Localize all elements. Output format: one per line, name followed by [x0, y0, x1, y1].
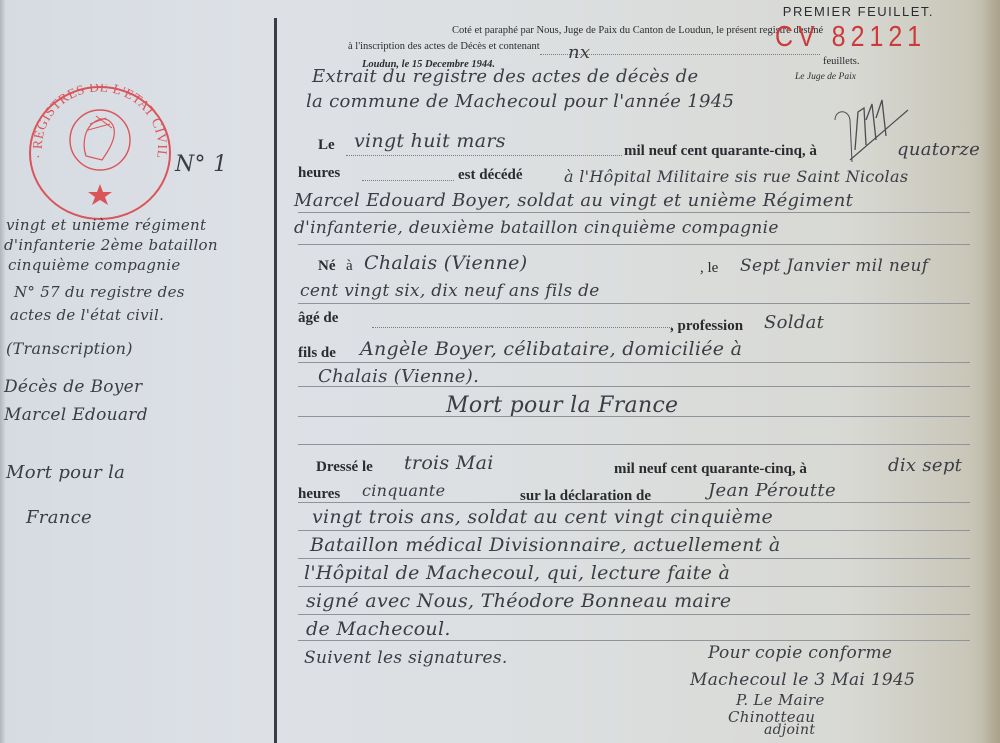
mother-residence: Chalais (Vienne).	[318, 366, 479, 387]
margin-note: Marcel Edouard	[4, 405, 148, 425]
label-age: âgé de	[298, 310, 338, 327]
declarant-line: vingt trois ans, soldat au cent vingt ci…	[312, 506, 773, 528]
death-year: mil neuf cent quarante-cinq, à	[624, 143, 817, 160]
svg-text:· REGISTRES DE L'ETAT CIVIL ·: · REGISTRES DE L'ETAT CIVIL ·	[26, 84, 170, 164]
ruled-line	[298, 416, 970, 417]
ruled-line	[298, 303, 970, 304]
certification-line: Machecoul le 3 Mai 1945	[690, 670, 915, 690]
margin-note: Mort pour la	[6, 462, 125, 483]
ruled-line	[298, 558, 970, 559]
margin-note: cinquième compagnie	[8, 256, 181, 274]
drawn-minutes: cinquante	[362, 481, 445, 500]
scanned-register-page: PREMIER FEUILLET. Coté et paraphé par No…	[0, 0, 1000, 743]
cote-line: Coté et paraphé par Nous, Juge de Paix d…	[452, 25, 823, 36]
certification-line: Pour copie conforme	[708, 643, 892, 663]
margin-note: N° 57 du registre des	[14, 283, 185, 301]
label-profession: , profession	[670, 318, 743, 335]
label-le: Le	[318, 137, 335, 154]
margin-note: Décès de Boyer	[4, 377, 142, 397]
drawn-year: mil neuf cent quarante-cinq, à	[614, 461, 807, 478]
declarant-line: de Machecoul.	[306, 618, 451, 640]
label-ne: Né	[318, 258, 336, 275]
drawn-hour: dix sept	[888, 455, 962, 476]
dotted-line	[346, 155, 622, 156]
ruled-line	[298, 502, 970, 503]
death-place: à l'Hôpital Militaire sis rue Saint Nico…	[564, 167, 908, 186]
inscription-line: à l'inscription des actes de Décès et co…	[348, 41, 540, 52]
birth-date-line-1: Sept Janvier mil neuf	[740, 256, 928, 276]
ruled-line	[298, 386, 970, 387]
ruled-line	[298, 212, 970, 213]
ruled-line	[298, 586, 970, 587]
margin-note: vingt et unième régiment	[6, 216, 206, 234]
feuillets-count: nx	[568, 42, 590, 63]
label-heures-drawn: heures	[298, 486, 340, 503]
profession-value: Soldat	[764, 312, 824, 333]
ruled-line	[298, 530, 970, 531]
serial-stamp: CV 82121	[775, 21, 926, 54]
declarant-name: Jean Péroutte	[708, 480, 836, 501]
margin-note: France	[26, 507, 92, 528]
ruled-line	[298, 614, 970, 615]
signatures-note: Suivent les signatures.	[304, 648, 508, 668]
label-a: à	[346, 258, 353, 275]
deceased-unit-line: d'infanterie, deuxième bataillon cinquiè…	[294, 218, 779, 238]
feuillets-label: feuillets.	[823, 56, 859, 67]
ruled-line	[298, 640, 970, 641]
ruled-line	[298, 244, 970, 245]
page-left-edge	[0, 0, 6, 743]
death-hour: quatorze	[897, 139, 980, 160]
juge-label: Le Juge de Paix	[795, 72, 856, 82]
label-heures: heures	[298, 165, 340, 182]
label-dresse-le: Dressé le	[316, 459, 373, 476]
record-number: N° 1	[175, 152, 227, 177]
certification-line: P. Le Maire	[736, 691, 825, 709]
margin-note: actes de l'état civil.	[10, 306, 164, 324]
extract-title-line: la commune de Machecoul pour l'année 194…	[306, 91, 734, 112]
label-est-decede: est décédé	[458, 167, 523, 184]
mother-line: Angèle Boyer, célibataire, domiciliée à	[360, 338, 742, 360]
page-binding-shadow	[982, 0, 1000, 743]
mort-pour-la-france: Mort pour la France	[446, 393, 678, 418]
drawn-date: trois Mai	[404, 452, 494, 474]
death-date: vingt huit mars	[354, 130, 506, 152]
extract-title-line: Extrait du registre des actes de décès d…	[312, 66, 698, 87]
birth-place: Chalais (Vienne)	[364, 252, 527, 274]
dotted-line	[372, 327, 672, 328]
label-le-birth: , le	[700, 260, 718, 277]
declarant-line: signé avec Nous, Théodore Bonneau maire	[306, 590, 731, 612]
label-fils-de: fils de	[298, 345, 336, 362]
deceased-name-line: Marcel Edouard Boyer, soldat au vingt et…	[294, 190, 853, 211]
margin-note: d'infanterie 2ème bataillon	[4, 236, 218, 254]
certification-line: adjoint	[764, 722, 815, 738]
declarant-line: Bataillon médical Divisionnaire, actuell…	[310, 534, 781, 556]
margin-divider-line	[274, 18, 277, 743]
declarant-line: l'Hôpital de Machecoul, qui, lecture fai…	[304, 562, 730, 584]
etat-civil-seal-icon: · REGISTRES DE L'ETAT CIVIL ·	[26, 84, 174, 222]
sheet-label: PREMIER FEUILLET.	[783, 4, 934, 19]
ruled-line	[298, 444, 970, 445]
ruled-line	[298, 362, 970, 363]
birth-date-line-2: cent vingt six, dix neuf ans fils de	[300, 281, 600, 301]
margin-note: (Transcription)	[6, 339, 133, 358]
dotted-line	[362, 180, 454, 181]
